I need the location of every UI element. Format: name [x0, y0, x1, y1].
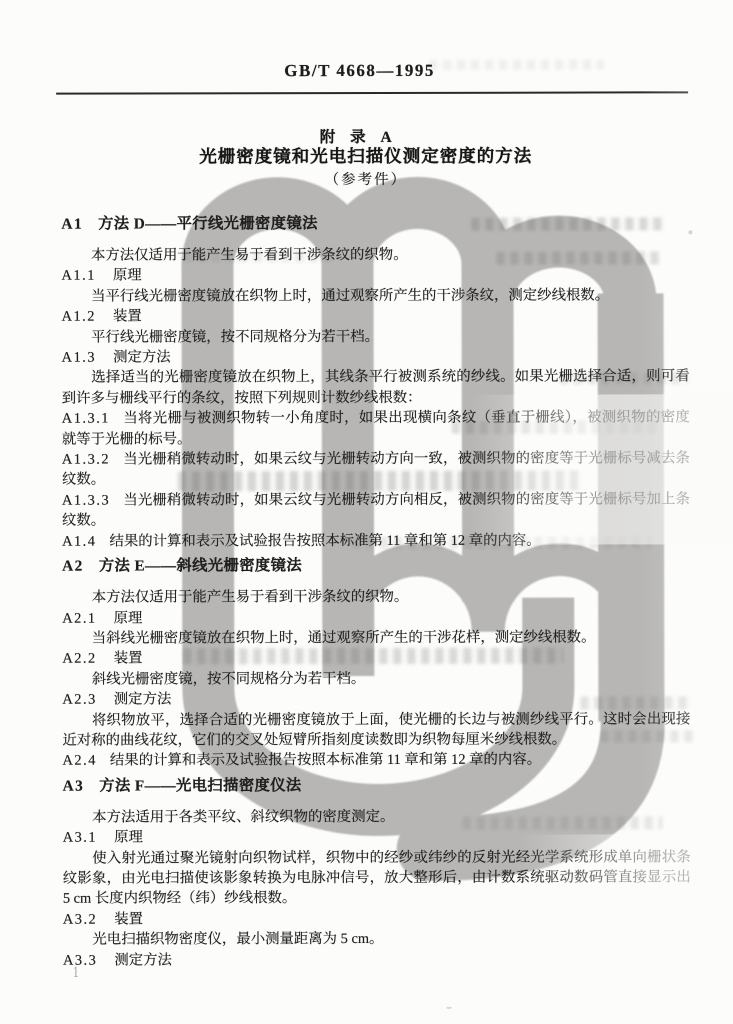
body-line: 将织物放平，选择合适的光栅密度镜放于上面，使光栅的长边与被测纱线平行。这时会出现…	[62, 709, 690, 751]
body-line: A1.3.1当将光栅与被测织物转一小角度时，如果出现横向条纹（垂直于栅线），被测…	[62, 408, 690, 450]
body-line: 当斜线光栅密度镜放在织物上时，通过观察所产生的干涉花样，测定纱线根数。	[62, 627, 690, 649]
clause-heading: A3.1原理	[63, 826, 691, 848]
clause-text: 方法 E——斜线光栅密度镜法	[99, 557, 302, 574]
clause-text: 原理	[114, 830, 143, 846]
body-line: 当平行线光栅密度镜放在织物上时，通过观察所产生的干涉条纹，测定纱线根数。	[62, 285, 690, 307]
clause-text: 方法 F——光电扫描密度仪法	[99, 777, 301, 794]
clause-heading: A2.2装置	[62, 648, 690, 670]
body-line: 使入射光通过聚光镜射向织物试样，织物中的经纱或纬纱的反射光经光学系统形成单向栅状…	[63, 847, 691, 910]
clause-number: A2.4	[63, 753, 97, 769]
section-heading: A2方法 E——斜线光栅密度镜法	[62, 554, 690, 577]
clause-heading: A2.3测定方法	[62, 688, 690, 710]
body-line: A1.3.2当光栅稍微转动时，如果云纹与光栅转动方向一致，被测织物的密度等于光栅…	[62, 448, 690, 490]
clause-number: A1.1	[61, 268, 95, 284]
body-line: 本方法仅适用于能产生易于看到干涉条纹的织物。	[61, 244, 689, 266]
clause-text: 本方法仅适用于能产生易于看到干涉条纹的织物。	[91, 247, 408, 264]
document-title: 光栅密度镜和光电扫描仪测定密度的方法	[0, 142, 732, 169]
clause-number: A2.2	[62, 651, 96, 667]
scan-speck	[446, 1007, 452, 1009]
clause-number: A1.2	[62, 309, 96, 325]
clause-heading: A2.1原理	[62, 607, 690, 629]
body-line: 平行线光栅密度镜，按不同规格分为若干档。	[62, 326, 690, 348]
clause-text: 结果的计算和表示及试验报告按照本标准第 11 章和第 12 章的内容。	[109, 532, 540, 549]
body-line: 斜线光栅密度镜，按不同规格分为若干档。	[62, 668, 690, 690]
clause-number: A2.3	[62, 692, 96, 708]
clause-heading: A3.3测定方法	[63, 949, 691, 971]
section-heading: A3方法 F——光电扫描密度仪法	[63, 774, 691, 797]
clause-number: A3	[63, 777, 85, 794]
body-line: 本方法适用于各类平纹、斜纹织物的密度测定。	[63, 806, 691, 828]
section-heading: A1方法 D——平行线光栅密度镜法	[61, 212, 689, 235]
document-body: A1方法 D——平行线光栅密度镜法本方法仅适用于能产生易于看到干涉条纹的织物。A…	[61, 208, 691, 970]
body-line: A1.3.3当光栅稍微转动时，如果云纹与光栅转动方向相反，被测织物的密度等于光栅…	[62, 489, 690, 531]
clause-text: 测定方法	[113, 349, 171, 365]
standard-code: GB/T 4668—1995	[0, 60, 720, 82]
clause-number: A1.4	[62, 533, 96, 549]
clause-text: 本方法仅适用于能产生易于看到干涉条纹的织物。	[92, 589, 409, 606]
clause-text: 本方法适用于各类平纹、斜纹织物的密度测定。	[92, 809, 394, 826]
scanned-document-page: GB/T 4668—1995 附 录 A 光栅密度镜和光电扫描仪测定密度的方法 …	[0, 0, 733, 1024]
clause-number: A1.3	[62, 350, 96, 366]
clause-text: 原理	[114, 610, 143, 626]
clause-number: A1.3.2	[62, 452, 110, 468]
body-line: 光电扫描织物密度仪，最小测量距离为 5 cm。	[63, 929, 691, 951]
body-line: A1.4结果的计算和表示及试验报告按照本标准第 11 章和第 12 章的内容。	[62, 530, 690, 552]
clause-text: 选择适当的光栅密度镜放在织物上，其线条平行被测系统的纱线。如果光栅选择合适，则可…	[62, 369, 690, 407]
body-line: 本方法仅适用于能产生易于看到干涉条纹的织物。	[62, 586, 690, 608]
page-number-mark: 1	[73, 964, 79, 981]
clause-heading: A3.2装置	[63, 908, 691, 930]
clause-text: 测定方法	[114, 952, 172, 968]
clause-text: 方法 D——平行线光栅密度镜法	[98, 215, 318, 232]
clause-number: A3.3	[63, 952, 97, 968]
clause-heading: A1.3测定方法	[62, 346, 690, 368]
clause-text: 原理	[113, 268, 142, 284]
clause-text: 使入射光通过聚光镜射向织物试样，织物中的经纱或纬纱的反射光经光学系统形成单向栅状…	[63, 849, 691, 907]
clause-text: 当光栅稍微转动时，如果云纹与光栅转动方向相反，被测织物的密度等于光栅标号加上条纹…	[62, 491, 690, 529]
body-line: 选择适当的光栅密度镜放在织物上，其线条平行被测系统的纱线。如果光栅选择合适，则可…	[62, 367, 690, 409]
clause-number: A1.3.3	[62, 492, 110, 508]
clause-number: A3.2	[63, 911, 97, 927]
clause-number: A1.3.1	[62, 411, 110, 427]
clause-heading: A1.2装置	[62, 306, 690, 328]
clause-text: 测定方法	[114, 692, 172, 708]
clause-text: 当斜线光栅密度镜放在织物上时，通过观察所产生的干涉花样，测定纱线根数。	[92, 629, 596, 646]
clause-text: 装置	[114, 911, 143, 927]
body-line: A2.4结果的计算和表示及试验报告按照本标准第 11 章和第 12 章的内容。	[62, 750, 690, 772]
clause-text: 装置	[113, 309, 142, 325]
clause-heading: A1.1原理	[61, 265, 689, 287]
clause-text: 平行线光栅密度镜，按不同规格分为若干档。	[91, 329, 379, 346]
clause-text: 装置	[114, 651, 143, 667]
clause-text: 当光栅稍微转动时，如果云纹与光栅转动方向一致，被测织物的密度等于光栅标号减去条纹…	[62, 450, 690, 488]
clause-text: 将织物放平，选择合适的光栅密度镜放于上面，使光栅的长边与被测纱线平行。这时会出现…	[62, 711, 690, 749]
document-subtitle: （参考件）	[0, 167, 732, 190]
clause-text: 当平行线光栅密度镜放在织物上时，通过观察所产生的干涉条纹，测定纱线根数。	[91, 287, 609, 304]
clause-text: 光电扫描织物密度仪，最小测量距离为 5 cm。	[92, 931, 383, 948]
clause-text: 斜线光栅密度镜，按不同规格分为若干档。	[92, 671, 365, 688]
clause-text: 结果的计算和表示及试验报告按照本标准第 11 章和第 12 章的内容。	[110, 752, 541, 769]
clause-number: A3.1	[63, 830, 97, 846]
clause-number: A2.1	[62, 610, 96, 626]
clause-number: A1	[61, 216, 83, 233]
clause-number: A2	[62, 558, 84, 575]
clause-text: 当将光栅与被测织物转一小角度时，如果出现横向条纹（垂直于栅线），被测织物的密度就…	[62, 410, 690, 448]
